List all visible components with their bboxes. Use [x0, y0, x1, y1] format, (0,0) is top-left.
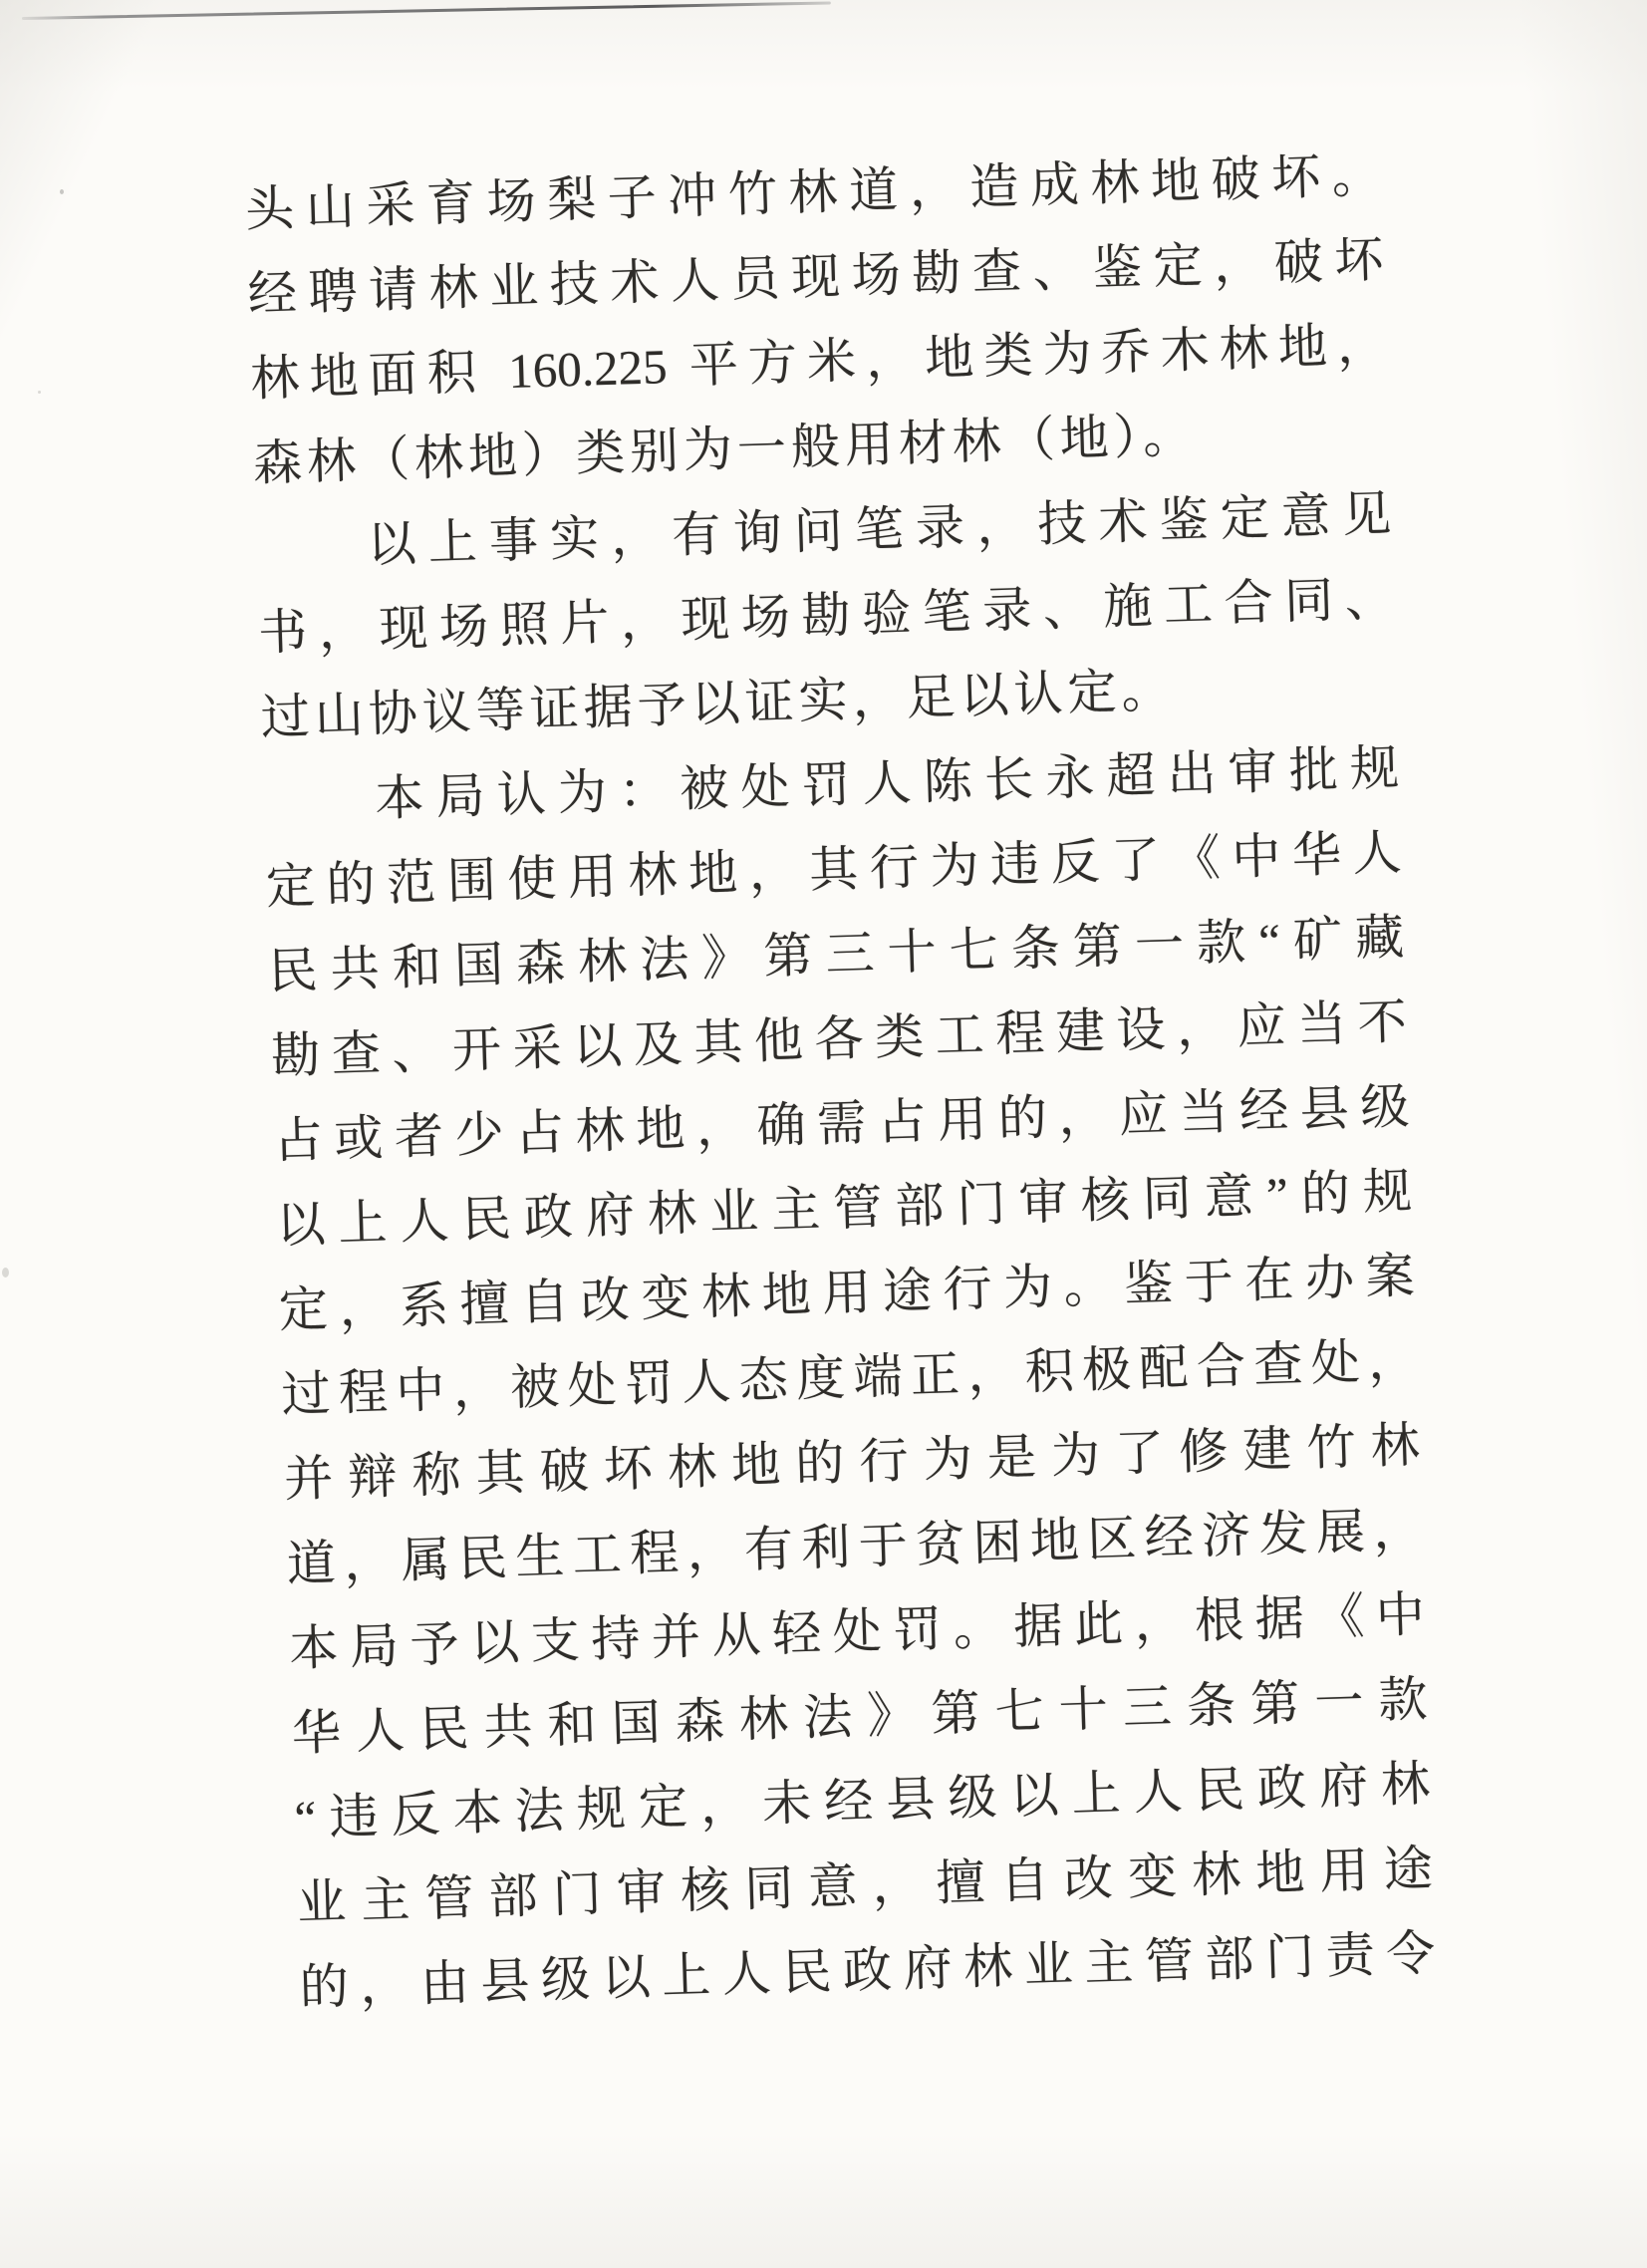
scanned-document-page: 头山采育场梨子冲竹林道，造成林地破坏。 经聘请林业技术人员现场勘查、鉴定，破坏 …: [0, 0, 1647, 2268]
dust-speck: [60, 189, 64, 194]
dust-speck: [38, 391, 41, 394]
document-text-block: 头山采育场梨子冲竹林道，造成林地破坏。 经聘请林业技术人员现场勘查、鉴定，破坏 …: [244, 133, 1437, 2030]
scan-edge-artifact: [22, 1, 831, 20]
dust-speck: [2, 1268, 9, 1277]
